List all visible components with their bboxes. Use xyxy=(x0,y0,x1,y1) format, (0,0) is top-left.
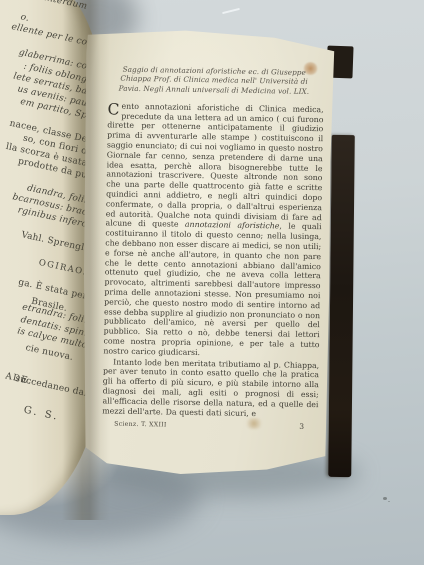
first-paragraph-text: ento annotazioni aforistiche di Clinica … xyxy=(103,102,323,357)
right-page-text-block: Saggio di annotazioni aforistiche ec. di… xyxy=(77,28,338,431)
background-speck xyxy=(383,497,387,500)
first-paragraph: Cento annotazioni aforistiche di Clinica… xyxy=(103,101,323,359)
footer-signature: Scienz. T. XXIII xyxy=(114,420,167,428)
book-cover-edge xyxy=(328,135,355,477)
second-paragraph: Intanto lode ben meritata tributiamo al … xyxy=(102,357,319,420)
background-scratch xyxy=(222,8,240,14)
left-page-text: olitariis interdumo.ellente per le cogla… xyxy=(0,1,87,424)
drop-cap: C xyxy=(107,101,121,116)
article-header: Saggio di annotazioni aforistiche ec. di… xyxy=(112,65,316,96)
page-number: 3 xyxy=(299,422,304,431)
right-page: Saggio di annotazioni aforistiche ec. di… xyxy=(84,28,338,474)
page-footer: Scienz. T. XXIII 3 xyxy=(102,418,318,431)
photo-of-open-book: olitariis interdumo.ellente per le cogla… xyxy=(0,0,424,565)
